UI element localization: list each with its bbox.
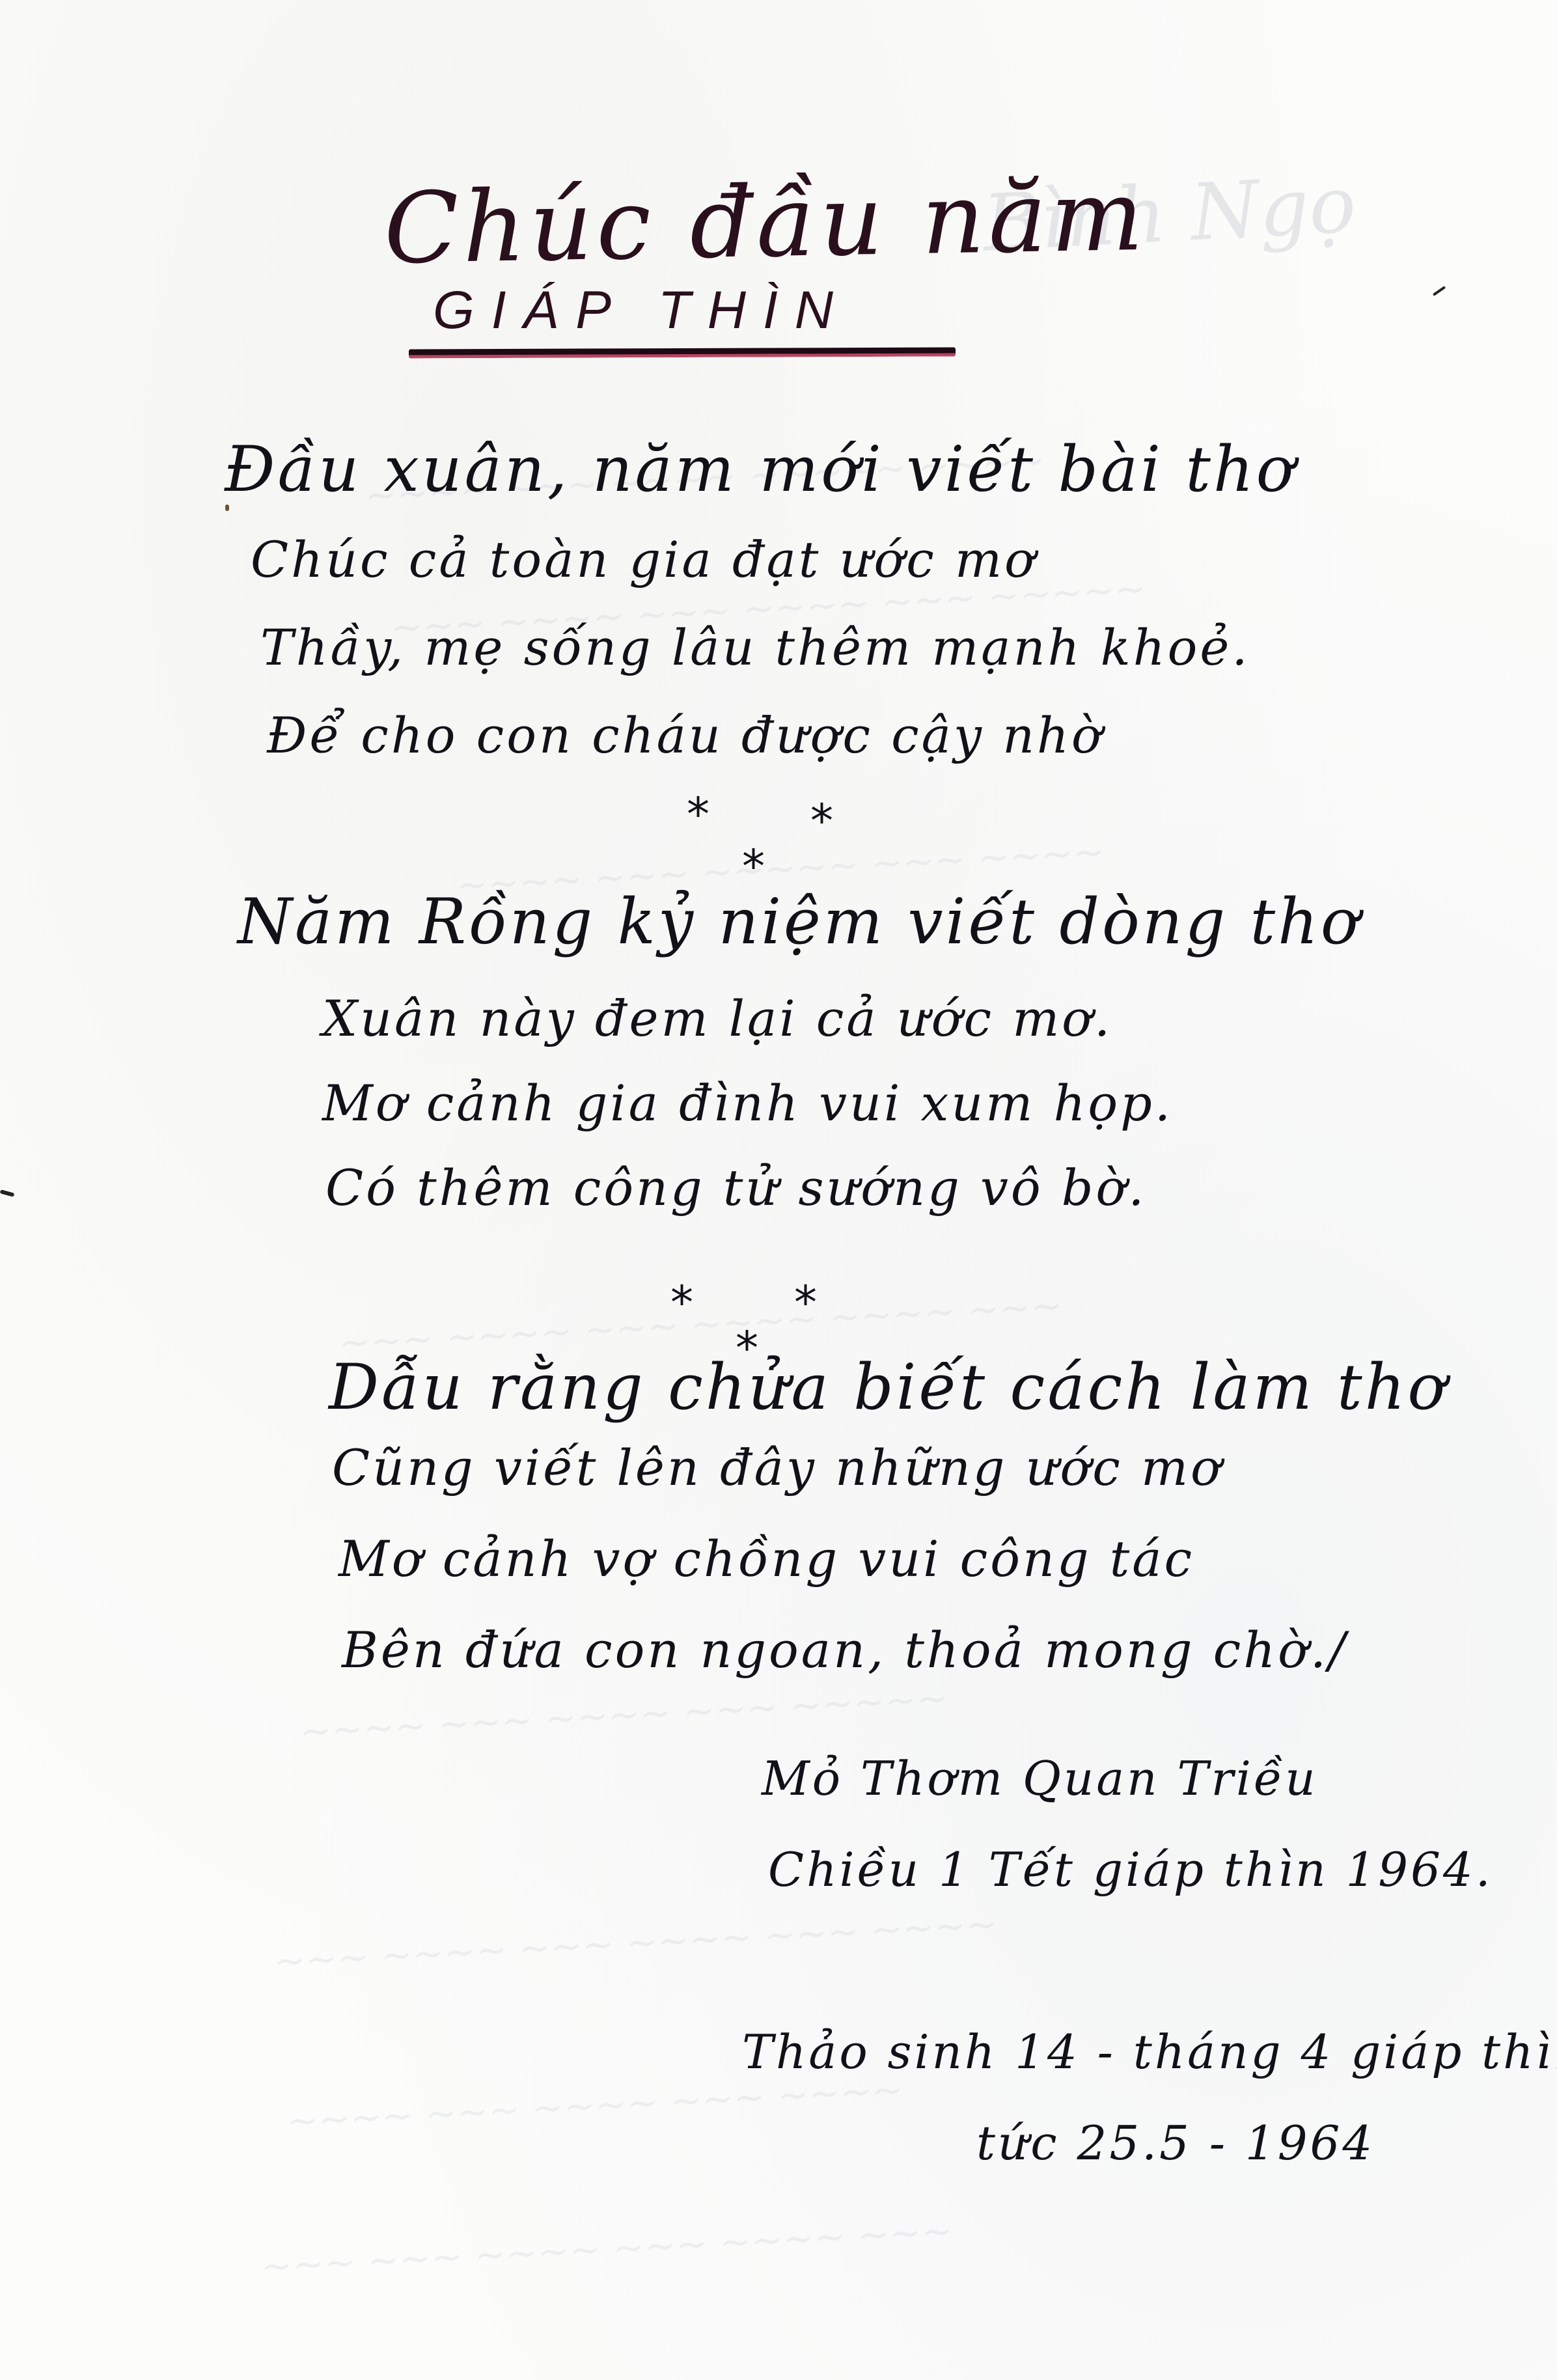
signature-place: Mỏ Thơm Quan Triều xyxy=(762,1751,1318,1806)
poem-title: Chúc đầu năm xyxy=(383,159,1148,286)
poem-line: Xuân này đem lại cả ước mơ. xyxy=(322,989,1112,1047)
poem-line: Có thêm công tử sướng vô bờ. xyxy=(325,1159,1146,1217)
title-underline xyxy=(409,348,956,359)
poem-subtitle: GIÁP THÌN xyxy=(433,280,850,341)
signature-date: Chiều 1 Tết giáp thìn 1964. xyxy=(768,1842,1493,1897)
poem-line: Chúc cả toàn gia đạt ước mơ xyxy=(251,531,1037,588)
note-line-2: tức 25.5 - 1964 xyxy=(976,2116,1375,2170)
poem-line: Thầy, mẹ sống lâu thêm mạnh khoẻ. xyxy=(260,618,1250,676)
poem-line: Dẫu rằng chửa biết cách làm thơ xyxy=(329,1351,1448,1424)
separator-star: * xyxy=(794,1276,817,1329)
poem-line: Mơ cảnh gia đình vui xum họp. xyxy=(322,1074,1173,1132)
stray-ink-mark xyxy=(225,505,229,511)
note-line-1: Thảo sinh 14 - tháng 4 giáp thìn xyxy=(742,2025,1557,2079)
separator-star: * xyxy=(670,1276,693,1329)
poem-line: Cũng viết lên đây những ước mơ xyxy=(332,1439,1223,1497)
poem-line: Mơ cảnh vợ chồng vui công tác xyxy=(338,1530,1194,1588)
poem-line: Để cho con cháu được cậy nhờ xyxy=(267,706,1104,764)
poem-line: Đầu xuân, năm mới viết bài thơ xyxy=(225,433,1297,506)
poem-line: Bên đứa con ngoan, thoả mong chờ./ xyxy=(342,1621,1348,1679)
separator-star: * xyxy=(687,788,710,841)
poem-line: Năm Rồng kỷ niệm viết dòng thơ xyxy=(238,885,1361,958)
separator-star: * xyxy=(810,794,833,848)
